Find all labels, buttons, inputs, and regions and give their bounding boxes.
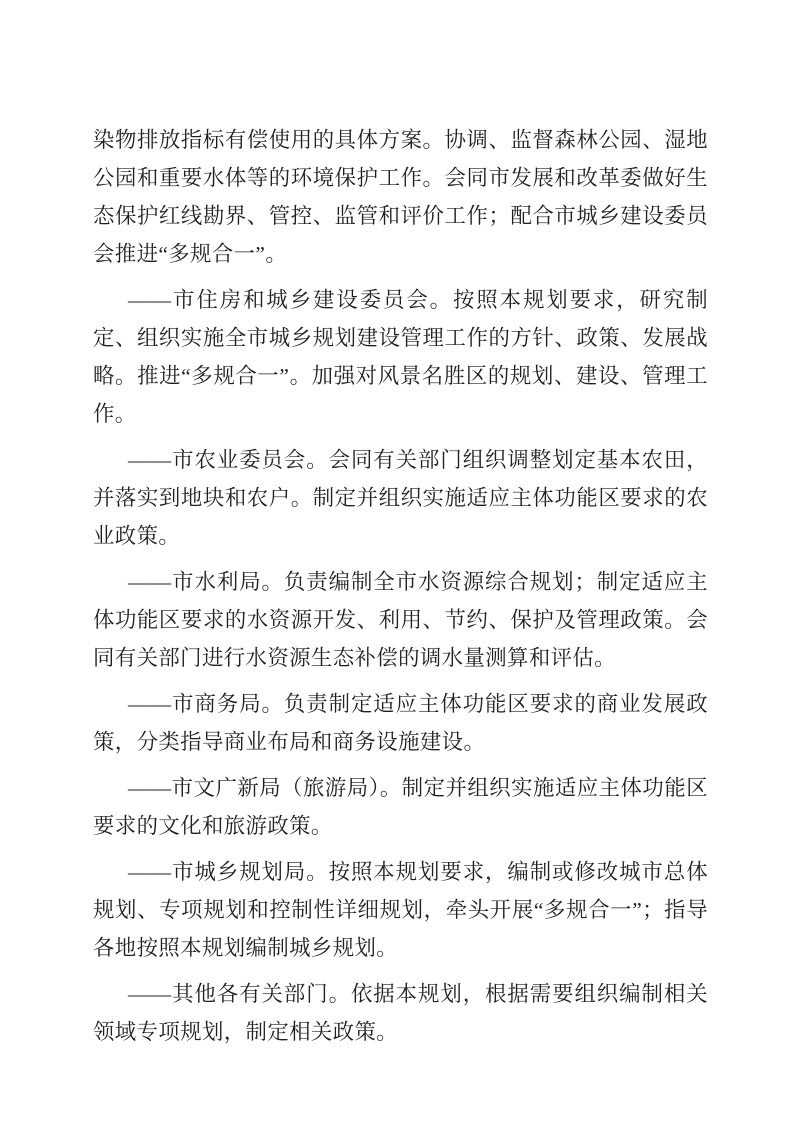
para-urban-rural-planning-bureau: ——市城乡规划局。按照本规划要求，编制或修改城市总体规划、专项规划和控制性详细规… [93, 853, 708, 967]
para-other-departments: ——其他各有关部门。依据本规划，根据需要组织编制相关领域专项规划，制定相关政策。 [93, 975, 708, 1051]
para-housing-urban-rural-construction-committee: ——市住房和城乡建设委员会。按照本规划要求，研究制定、组织实施全市城乡规划建设管… [93, 281, 708, 433]
para-water-resources-bureau: ——市水利局。负责编制全市水资源综合规划；制定适应主体功能区要求的水资源开发、利… [93, 563, 708, 677]
para-culture-tourism-bureau: ——市文广新局（旅游局）。制定并组织实施适应主体功能区要求的文化和旅游政策。 [93, 769, 708, 845]
document-page: 染物排放指标有偿使用的具体方案。协调、监督森林公园、湿地公园和重要水体等的环境保… [0, 0, 793, 1122]
para-agriculture-committee: ——市农业委员会。会同有关部门组织调整划定基本农田，并落实到地块和农户。制定并组… [93, 441, 708, 555]
para-pollution-discharge-continuation: 染物排放指标有偿使用的具体方案。协调、监督森林公园、湿地公园和重要水体等的环境保… [93, 121, 708, 273]
para-commerce-bureau: ——市商务局。负责制定适应主体功能区要求的商业发展政策，分类指导商业布局和商务设… [93, 685, 708, 761]
document-body: 染物排放指标有偿使用的具体方案。协调、监督森林公园、湿地公园和重要水体等的环境保… [93, 121, 708, 1051]
